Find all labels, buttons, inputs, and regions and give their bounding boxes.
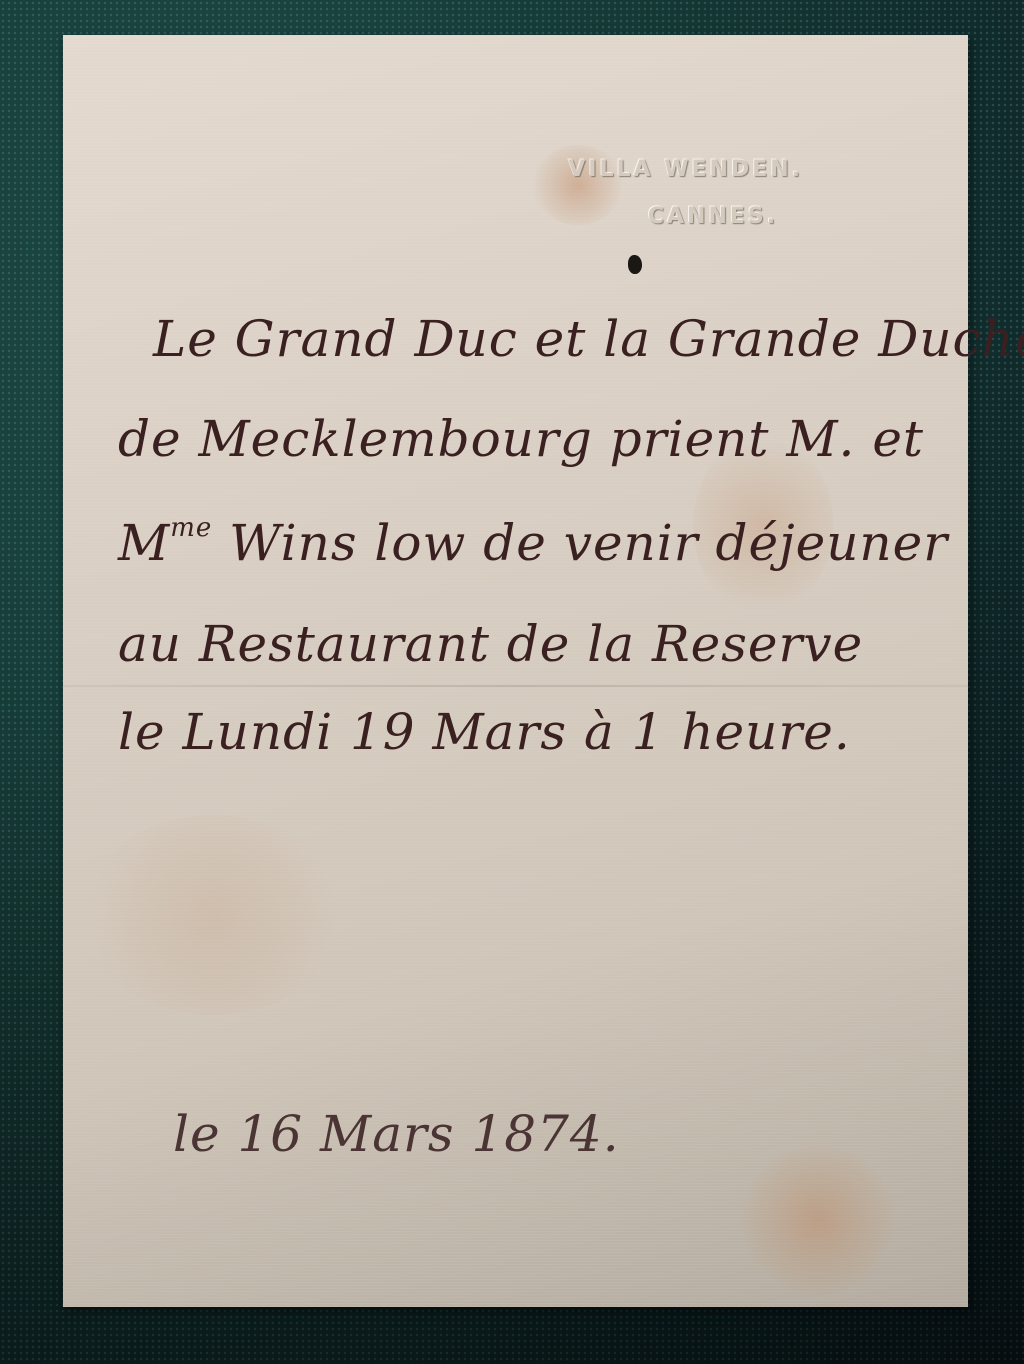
rust-stain <box>743 1145 893 1295</box>
letter-line-4: au Restaurant de la Reserve <box>63 615 968 673</box>
letterhead-villa: VILLA WENDEN. <box>568 157 803 182</box>
paper-hole <box>628 255 642 274</box>
letter-line-2: de Mecklembourg prient M. et <box>63 410 968 468</box>
letterhead-city: CANNES. <box>563 204 803 229</box>
embossed-letterhead: VILLA WENDEN. CANNES. <box>563 157 803 229</box>
letter-date: le 16 Mars 1874. <box>63 1105 968 1163</box>
letter-line-3: Mme Wins low de venir déjeuner <box>63 513 968 572</box>
letter-line-1: Le Grand Duc et la Grande Duchesse <box>63 310 968 368</box>
letter-line-5: le Lundi 19 Mars à 1 heure. <box>63 703 968 761</box>
title-abbrev: M <box>118 514 170 572</box>
letter-paper: VILLA WENDEN. CANNES. Le Grand Duc et la… <box>63 35 968 1307</box>
title-abbrev-sup: me <box>170 513 212 543</box>
letter-line-3-text: Wins low de venir déjeuner <box>229 514 948 572</box>
paper-fold-line <box>63 685 968 687</box>
foxing-stain <box>83 815 343 1015</box>
